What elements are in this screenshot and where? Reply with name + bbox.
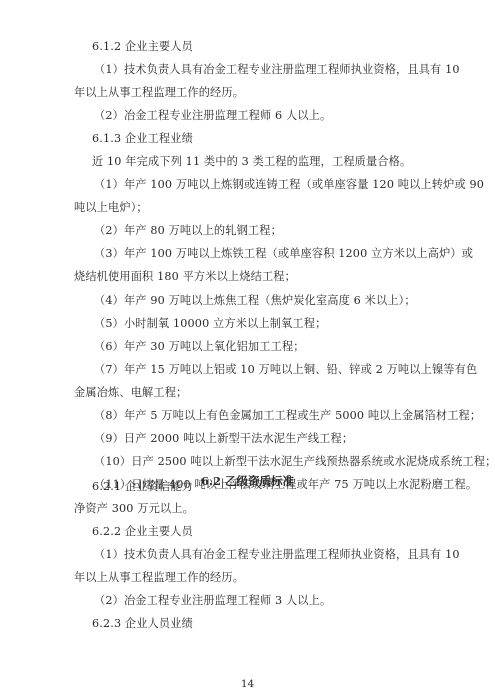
list-item: （3）年产 100 万吨以上炼铁工程（或单座容积 1200 立方米以上高炉）或 bbox=[94, 247, 473, 261]
paragraph: （2）冶金工程专业注册监理工程师 3 人以上。 bbox=[94, 594, 331, 608]
paragraph: （2）冶金工程专业注册监理工程师 6 人以上。 bbox=[94, 109, 331, 123]
document-page: 6.1.2 企业主要人员 （1）技术负责人具有冶金工程专业注册监理工程师执业资格… bbox=[0, 0, 495, 700]
section-title: 6.1.2 企业主要人员 bbox=[92, 40, 193, 54]
list-item: （8）年产 5 万吨以上有色金属加工工程或生产 5000 吨以上金属箔材工程； bbox=[94, 409, 481, 423]
list-item: （10）日产 2500 吨以上新型干法水泥生产线预热器系统或水泥烧成系统工程； bbox=[94, 455, 495, 469]
paragraph: （1）技术负责人具有冶金工程专业注册监理工程师执业资格，且具有 10 bbox=[94, 63, 460, 77]
list-item: （6）年产 30 万吨以上氧化铝加工工程； bbox=[94, 340, 305, 354]
list-item: （1）年产 100 万吨以上炼钢或连铸工程（或单座容量 120 吨以上转炉或 9… bbox=[94, 178, 484, 192]
paragraph: 近 10 年完成下列 11 类中的 3 类工程的监理，工程质量合格。 bbox=[92, 155, 411, 169]
section-title: 6.2.1 企业资信能力 bbox=[92, 480, 193, 494]
paragraph: 年以上从事工程监理工作的经历。 bbox=[74, 571, 244, 585]
paragraph: （1）技术负责人具有冶金工程专业注册监理工程师执业资格，且具有 10 bbox=[94, 548, 460, 562]
section-title: 6.2.3 企业人员业绩 bbox=[92, 617, 193, 631]
page-number: 14 bbox=[0, 678, 495, 690]
section-title: 6.2.2 企业主要人员 bbox=[92, 525, 193, 539]
list-item: （9）日产 2000 吨以上新型干法水泥生产线工程； bbox=[94, 432, 353, 446]
list-item: （4）年产 90 万吨以上炼焦工程（焦炉炭化室高度 6 米以上）； bbox=[94, 294, 416, 308]
list-item: （5）小时制氧 10000 立方米以上制氧工程； bbox=[94, 317, 326, 331]
list-item: （7）年产 15 万吨以上铝或 10 万吨以上铜、铅、锌或 2 万吨以上镍等有色 bbox=[94, 363, 477, 377]
paragraph: 年以上从事工程监理工作的经历。 bbox=[74, 86, 244, 100]
section-title: 6.1.3 企业工程业绩 bbox=[92, 132, 193, 146]
paragraph: 净资产 300 万元以上。 bbox=[74, 502, 194, 516]
list-item: 金属冶炼、电解工程； bbox=[74, 386, 187, 400]
section-heading: 6.2 乙级资质标准 bbox=[0, 473, 495, 489]
list-item: 吨以上电炉）； bbox=[74, 201, 148, 215]
list-item: 烧结机使用面积 180 平方米以上烧结工程； bbox=[74, 270, 296, 284]
list-item: （2）年产 80 万吨以上的轧钢工程； bbox=[94, 224, 282, 238]
